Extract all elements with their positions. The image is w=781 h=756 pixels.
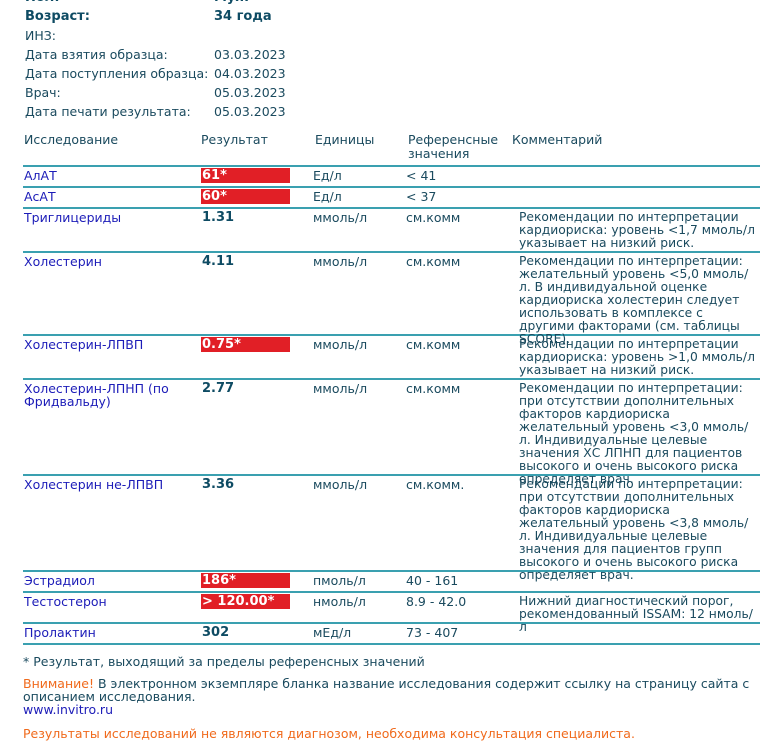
header-comment: Комментарий <box>512 131 752 165</box>
reference-range: 73 - 407 <box>404 624 519 643</box>
comment <box>519 572 759 591</box>
result-cell: 60* <box>201 188 313 207</box>
reference-range: см.комм <box>404 209 519 251</box>
warning-notice: Внимание! В электронном экземпляре бланк… <box>23 677 763 703</box>
disclaimer: Результаты исследований не являются диаг… <box>23 726 763 741</box>
patient-info: Пол:МужВозраст:34 годаИНЗ:Дата взятия об… <box>25 0 286 121</box>
table-row: Холестерин-ЛПВП0.75*ммоль/лсм.коммРекоме… <box>23 334 760 378</box>
table-row: Холестерин-ЛПНП (по Фридвальду)2.77ммоль… <box>23 378 760 474</box>
patient-field: Врач:05.03.2023 <box>25 83 286 102</box>
result-cell: 186* <box>201 572 313 591</box>
units: ммоль/л <box>313 476 404 570</box>
patient-field: ИНЗ: <box>25 26 286 45</box>
patient-field: Дата поступления образца:04.03.2023 <box>25 64 286 83</box>
field-value: 03.03.2023 <box>214 45 286 64</box>
reference-range: < 37 <box>404 188 519 207</box>
test-name-link[interactable]: Холестерин не-ЛПВП <box>23 476 201 570</box>
table-header: Исследование Результат Единицы Референсн… <box>23 131 760 165</box>
patient-field: Дата взятия образца:03.03.2023 <box>25 45 286 64</box>
result-cell: 2.77 <box>201 380 313 474</box>
comment: Рекомендации по интерпретации: при отсут… <box>519 476 759 570</box>
abnormal-result: 186* <box>201 573 290 588</box>
table-row: Триглицериды1.31ммоль/лсм.коммРекомендац… <box>23 207 760 251</box>
abnormal-result: 61* <box>201 168 290 183</box>
reference-range: см.комм. <box>404 476 519 570</box>
units: Ед/л <box>313 167 404 186</box>
header-reference: Референсные значения <box>406 131 512 165</box>
report-footer: * Результат, выходящий за пределы рефере… <box>23 654 763 741</box>
warning-text: В электронном экземпляре бланка название… <box>23 676 749 704</box>
result-value: 3.36 <box>201 477 290 492</box>
test-name-link[interactable]: Холестерин-ЛПНП (по Фридвальду) <box>23 380 201 474</box>
header-result: Результат <box>201 131 313 165</box>
result-value: 302 <box>201 625 290 640</box>
reference-range: < 41 <box>404 167 519 186</box>
result-cell: 0.75* <box>201 336 313 378</box>
result-cell: 4.11 <box>201 253 313 334</box>
result-cell: 61* <box>201 167 313 186</box>
field-label: Дата печати результата: <box>25 102 214 121</box>
units: ммоль/л <box>313 253 404 334</box>
header-units: Единицы <box>313 131 406 165</box>
comment: Нижний диагностический порог, рекомендов… <box>519 593 759 622</box>
field-label: Возраст: <box>25 7 214 26</box>
field-label: Дата взятия образца: <box>25 45 214 64</box>
field-value: Муж <box>214 0 248 7</box>
reference-range: 8.9 - 42.0 <box>404 593 519 622</box>
units: пмоль/л <box>313 572 404 591</box>
result-cell: 3.36 <box>201 476 313 570</box>
result-cell: 1.31 <box>201 209 313 251</box>
table-row: Пролактин302мЕд/л73 - 407 <box>23 622 760 645</box>
field-value: 05.03.2023 <box>214 102 286 121</box>
units: мЕд/л <box>313 624 404 643</box>
comment <box>519 167 759 186</box>
patient-field: Дата печати результата:05.03.2023 <box>25 102 286 121</box>
table-row: Эстрадиол186*пмоль/л40 - 161 <box>23 570 760 591</box>
abnormal-result: 0.75* <box>201 337 290 352</box>
header-test: Исследование <box>23 131 201 165</box>
test-name-link[interactable]: Пролактин <box>23 624 201 643</box>
test-name-link[interactable]: АлАТ <box>23 167 201 186</box>
test-name-link[interactable]: Холестерин <box>23 253 201 334</box>
field-value: 05.03.2023 <box>214 83 286 102</box>
out-of-range-note: * Результат, выходящий за пределы рефере… <box>23 654 763 669</box>
result-cell: 302 <box>201 624 313 643</box>
table-row: Холестерин4.11ммоль/лсм.коммРекомендации… <box>23 251 760 334</box>
field-value: 04.03.2023 <box>214 64 286 83</box>
reference-range: см.комм <box>404 380 519 474</box>
abnormal-result: > 120.00* <box>201 594 290 609</box>
table-row: Холестерин не-ЛПВП3.36ммоль/лсм.комм.Рек… <box>23 474 760 570</box>
comment: Рекомендации по интерпретации: при отсут… <box>519 380 759 474</box>
test-name-link[interactable]: Триглицериды <box>23 209 201 251</box>
comment: Рекомендации по интерпретации: желательн… <box>519 253 759 334</box>
field-value: 34 года <box>214 7 272 26</box>
patient-field: Пол:Муж <box>25 0 286 7</box>
result-value: 2.77 <box>201 381 290 396</box>
test-name-link[interactable]: Холестерин-ЛПВП <box>23 336 201 378</box>
units: нмоль/л <box>313 593 404 622</box>
test-name-link[interactable]: АсАТ <box>23 188 201 207</box>
table-body: АлАТ61*Ед/л< 41АсАТ60*Ед/л< 37Триглицери… <box>23 165 760 645</box>
table-row: Тестостерон> 120.00*нмоль/л8.9 - 42.0Ниж… <box>23 591 760 622</box>
test-name-link[interactable]: Тестостерон <box>23 593 201 622</box>
reference-range: см.комм <box>404 253 519 334</box>
table-row: АлАТ61*Ед/л< 41 <box>23 165 760 186</box>
reference-range: см.комм <box>404 336 519 378</box>
field-label: Дата поступления образца: <box>25 64 214 83</box>
units: ммоль/л <box>313 380 404 474</box>
abnormal-result: 60* <box>201 189 290 204</box>
result-cell: > 120.00* <box>201 593 313 622</box>
comment: Рекомендации по интерпретации кардиориск… <box>519 209 759 251</box>
field-label: Пол: <box>25 0 214 7</box>
field-label: Врач: <box>25 83 214 102</box>
site-link[interactable]: www.invitro.ru <box>23 703 763 716</box>
result-value: 4.11 <box>201 254 290 269</box>
field-label: ИНЗ: <box>25 26 214 45</box>
comment <box>519 188 759 207</box>
result-value: 1.31 <box>201 210 290 225</box>
units: ммоль/л <box>313 209 404 251</box>
reference-range: 40 - 161 <box>404 572 519 591</box>
comment: Рекомендации по интерпретации кардиориск… <box>519 336 759 378</box>
patient-field: Возраст:34 года <box>25 7 286 26</box>
units: ммоль/л <box>313 336 404 378</box>
results-table: Исследование Результат Единицы Референсн… <box>23 131 760 645</box>
comment <box>519 624 759 643</box>
units: Ед/л <box>313 188 404 207</box>
table-row: АсАТ60*Ед/л< 37 <box>23 186 760 207</box>
test-name-link[interactable]: Эстрадиол <box>23 572 201 591</box>
